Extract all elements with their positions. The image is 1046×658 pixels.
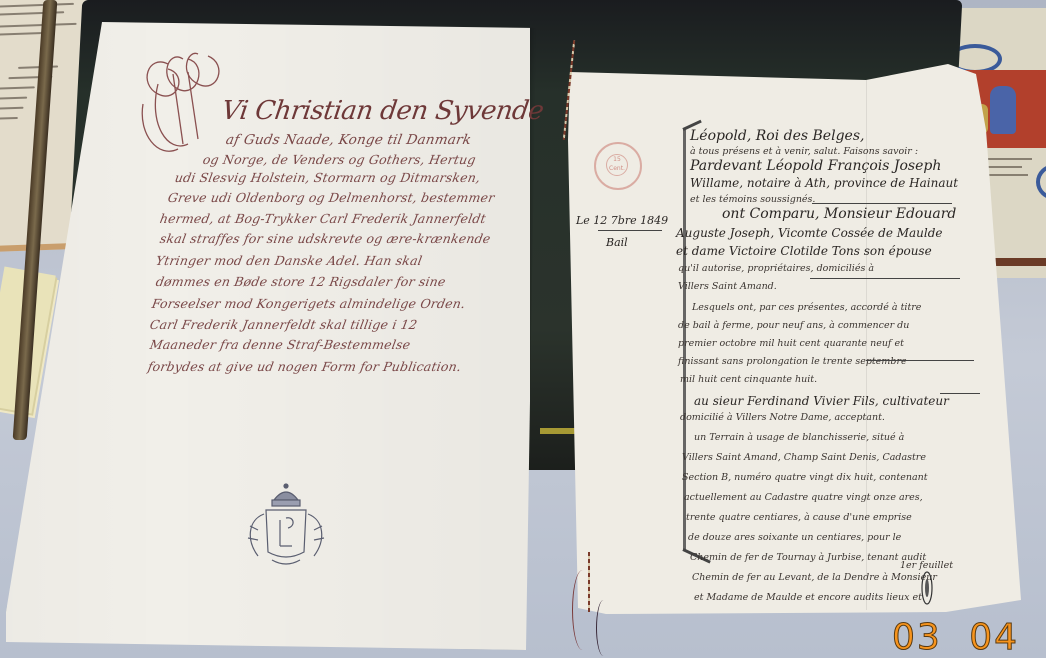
binding-thread (596, 600, 611, 656)
tax-stamp: 15 Cent. (594, 142, 642, 190)
deed-line: Section B, numéro quatre vingt dix huit,… (682, 472, 928, 483)
line-filler (812, 203, 952, 204)
decree-line: Maaneder fra denne Straf-Bestemmelse (149, 337, 412, 352)
decree-line: Carl Frederik Jannerfeldt skal tillige i… (149, 317, 419, 332)
deed-margin-date: Le 12 7bre 1849 (576, 214, 668, 227)
royal-crest-icon (236, 480, 336, 572)
margin-underline (598, 230, 662, 231)
deed-line: et Madame de Maulde et encore audits lie… (694, 592, 922, 603)
deed-line: et dame Victoire Clotilde Tons son épous… (676, 244, 932, 258)
deed-margin-type: Bail (606, 236, 628, 249)
decree-line: forbydes at give ud nogen Form for Publi… (147, 359, 463, 374)
camera-date-stamp: 03 04 2 (892, 617, 1046, 658)
deed-line: à tous présens et à venir, salut. Faison… (690, 146, 918, 157)
deed-line: ont Comparu, Monsieur Edouard (722, 206, 956, 222)
decree-title: Vi Christian den Syvende (220, 96, 546, 126)
decree-line: Forseelser mod Kongerigets almindelige O… (151, 296, 467, 311)
deed-line: un Terrain à usage de blanchisserie, sit… (694, 432, 904, 443)
binding-thread (572, 570, 593, 650)
deed-line: Auguste Joseph, Vicomte Cossée de Maulde (676, 226, 943, 240)
deed-line: de bail à ferme, pour neuf ans, à commen… (678, 320, 909, 331)
deed-line: finissant sans prolongation le trente se… (678, 356, 907, 367)
deed-line: Chemin de fer de Tournay à Jurbise, tena… (690, 552, 926, 563)
decree-line: af Guds Naade, Konge til Danmark (225, 132, 473, 148)
decree-line: udi Slesvig Holstein, Stormarn og Ditmar… (174, 170, 482, 185)
deed-line: Willame, notaire à Ath, province de Hain… (690, 176, 958, 190)
decree-line: skal straffes for sine udskrevte og ære-… (159, 231, 492, 246)
signature-flourish-icon (918, 568, 936, 610)
deed-line: Villers Saint Amand. (678, 281, 777, 292)
decree-line: Greve udi Oldenborg og Delmenhorst, best… (167, 190, 496, 205)
deed-line: premier octobre mil huit cent quarante n… (678, 338, 904, 349)
deed-line: Léopold, Roi des Belges, (690, 128, 864, 144)
deed-line: domicilié à Villers Notre Dame, acceptan… (680, 412, 885, 423)
decree-line: Ytringer mod den Danske Adel. Han skal (155, 253, 424, 268)
line-filler (866, 360, 974, 361)
decree-line: dømmes en Bøde store 12 Rigsdaler for si… (155, 274, 447, 289)
deed-line: Lesquels ont, par ces présentes, accordé… (692, 302, 921, 313)
deed-line: actuellement au Cadastre quatre vingt on… (684, 492, 923, 503)
deed-line: au sieur Ferdinand Vivier Fils, cultivat… (694, 394, 949, 408)
decree-line: og Norge, de Venders og Gothers, Hertug (202, 152, 477, 167)
deed-line: mil huit cent cinquante huit. (680, 374, 817, 385)
deed-line: trente quatre centiares, à cause d'une e… (686, 512, 912, 523)
tax-stamp-value: 15 Cent. (606, 154, 628, 176)
line-filler (810, 278, 960, 279)
photo-scene: Vi Christian den Syvende af Guds Naade, … (0, 0, 1046, 658)
decree-line: hermed, at Bog-Trykker Carl Frederik Jan… (159, 211, 488, 226)
deed-line: Villers Saint Amand, Champ Saint Denis, … (682, 452, 926, 463)
deed-line: et les témoins soussignés. (690, 194, 815, 205)
deed-line: Pardevant Léopold François Joseph (690, 158, 941, 174)
deed-line: de douze ares soixante un centiares, pou… (688, 532, 901, 543)
deed-line: Chemin de fer au Levant, de la Dendre à … (692, 572, 937, 583)
line-filler (940, 393, 980, 394)
deed-line: qu'il autorise, propriétaires, domicilié… (678, 263, 874, 274)
